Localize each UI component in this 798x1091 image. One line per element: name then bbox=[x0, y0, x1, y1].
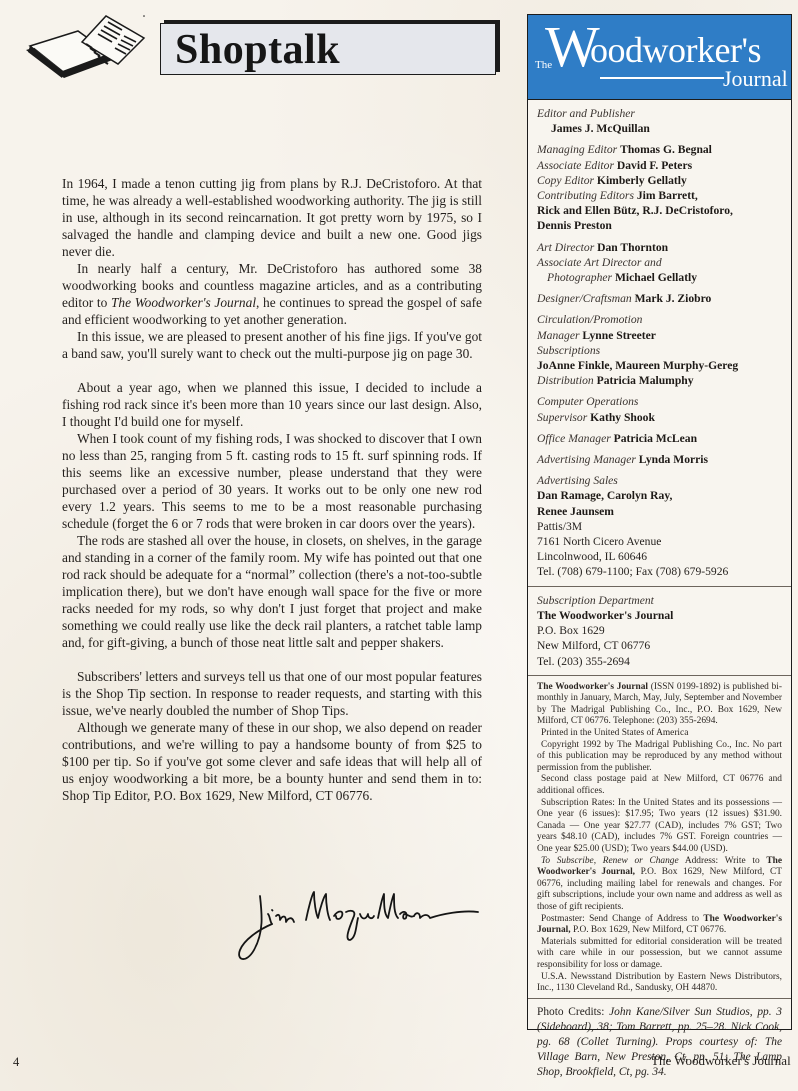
advertising-manager-name: Lynda Morris bbox=[639, 453, 708, 466]
article-paragraph: Subscribers' letters and surveys tell us… bbox=[62, 668, 482, 719]
editor-label: Editor and Publisher bbox=[537, 106, 782, 121]
logo-journal: Journal bbox=[723, 66, 788, 92]
postmaster-note: Postmaster: Send Change of Address to Th… bbox=[537, 914, 782, 937]
designer-label: Designer/Craftsman bbox=[537, 292, 632, 305]
divider bbox=[528, 675, 791, 676]
advertising-address-line: Pattis/3M bbox=[537, 519, 782, 534]
newsstand-note: U.S.A. Newsstand Distribution by Eastern… bbox=[537, 972, 782, 995]
subscription-rates: Subscription Rates: In the United States… bbox=[537, 798, 782, 856]
paragraph-gap bbox=[62, 651, 482, 668]
publication-name: The Woodworker's Journal bbox=[537, 682, 648, 692]
photo-credits-label: Photo Credits: bbox=[537, 1006, 609, 1018]
copyright-note: Copyright 1992 by The Madrigal Publishin… bbox=[537, 740, 782, 775]
divider bbox=[528, 586, 791, 587]
article-paragraph: In nearly half a century, Mr. DeCristofo… bbox=[62, 260, 482, 328]
office-manager-name: Patricia McLean bbox=[614, 432, 697, 445]
signature-image bbox=[232, 880, 492, 970]
copy-editor-label: Copy Editor bbox=[537, 174, 594, 187]
associate-editor-label: Associate Editor bbox=[537, 159, 614, 172]
subscription-address-line: Tel. (203) 355-2694 bbox=[537, 654, 782, 669]
journal-logo: The W oodworker's Journal bbox=[528, 15, 791, 100]
article-paragraph: Although we generate many of these in ou… bbox=[62, 719, 482, 804]
subscription-address-line: New Milford, CT 06776 bbox=[537, 638, 782, 653]
article-paragraph: When I took count of my fishing rods, I … bbox=[62, 430, 482, 532]
art-director-label: Art Director bbox=[537, 241, 594, 254]
supervisor-name: Kathy Shook bbox=[590, 411, 655, 424]
circulation-label: Circulation/Promotion bbox=[537, 312, 782, 327]
advertising-address-line: Lincolnwood, IL 60646 bbox=[537, 549, 782, 564]
postmaster-end: P.O. Box 1629, New Milford, CT 06776. bbox=[571, 925, 727, 935]
subscriptions-names: JoAnne Finkle, Maureen Murphy-Gereg bbox=[537, 358, 782, 373]
advertising-manager-label: Advertising Manager bbox=[537, 453, 636, 466]
masthead-credits: Editor and Publisher James J. McQuillan … bbox=[528, 100, 791, 1080]
contributing-editors-label: Contributing Editors bbox=[537, 189, 634, 202]
contributing-editors-name-3: Dennis Preston bbox=[537, 218, 782, 233]
subscription-department-name: The Woodworker's Journal bbox=[537, 608, 782, 623]
publication-statement: The Woodworker's Journal (ISSN 0199-1892… bbox=[537, 682, 782, 728]
photographer-label: Photographer bbox=[547, 271, 612, 284]
open-book-icon bbox=[22, 12, 150, 82]
circulation-manager-name: Lynne Streeter bbox=[582, 329, 656, 342]
supervisor-label: Supervisor bbox=[537, 411, 587, 424]
advertising-address-line: 7161 North Cicero Avenue bbox=[537, 534, 782, 549]
subscriptions-label: Subscriptions bbox=[537, 343, 782, 358]
masthead-box: The W oodworker's Journal Editor and Pub… bbox=[527, 14, 792, 1030]
postmaster-start: Postmaster: Send Change of Address to bbox=[541, 914, 703, 924]
advertising-address-line: Tel. (708) 679-1100; Fax (708) 679-5926 bbox=[537, 564, 782, 579]
advertising-sales-label: Advertising Sales bbox=[537, 473, 782, 488]
article-paragraph: In this issue, we are pleased to present… bbox=[62, 328, 482, 362]
article-paragraph: The rods are stashed all over the house,… bbox=[62, 532, 482, 651]
computer-operations-label: Computer Operations bbox=[537, 394, 782, 409]
subscribe-mid: Address: Write to bbox=[679, 856, 767, 866]
advertising-sales-names-2: Renee Jaunsem bbox=[537, 504, 782, 519]
materials-note: Materials submitted for editorial consid… bbox=[537, 937, 782, 972]
designer-name: Mark J. Ziobro bbox=[635, 292, 712, 305]
editor-name: James J. McQuillan bbox=[537, 121, 782, 136]
subscription-department-label: Subscription Department bbox=[537, 593, 782, 608]
article-paragraph: In 1964, I made a tenon cutting jig from… bbox=[62, 175, 482, 260]
photo-credits: Photo Credits: John Kane/Silver Sun Stud… bbox=[537, 1005, 782, 1080]
art-director-name: Dan Thornton bbox=[597, 241, 668, 254]
section-title-box: Shoptalk bbox=[160, 23, 496, 75]
section-title: Shoptalk bbox=[175, 26, 340, 74]
subscription-address-line: P.O. Box 1629 bbox=[537, 623, 782, 638]
contributing-editors-name-2: Rick and Ellen Bütz, R.J. DeCristoforo, bbox=[537, 203, 782, 218]
divider bbox=[528, 998, 791, 999]
distribution-name: Patricia Malumphy bbox=[597, 374, 694, 387]
subscribe-instructions: To Subscribe, Renew or Change Address: W… bbox=[537, 856, 782, 914]
publication-title-italic: The Woodworker's Journal bbox=[111, 295, 256, 310]
logo-rule bbox=[600, 77, 724, 79]
page-number: 4 bbox=[13, 1055, 19, 1070]
contributing-editors-name-1: Jim Barrett, bbox=[637, 189, 698, 202]
copy-editor-name: Kimberly Gellatly bbox=[597, 174, 687, 187]
managing-editor-label: Managing Editor bbox=[537, 143, 617, 156]
article-paragraph: About a year ago, when we planned this i… bbox=[62, 379, 482, 430]
photographer-name: Michael Gellatly bbox=[615, 271, 697, 284]
editorial-article: In 1964, I made a tenon cutting jig from… bbox=[62, 175, 482, 804]
printed-note: Printed in the United States of America bbox=[537, 728, 782, 740]
subscribe-italic: To Subscribe, Renew or Change bbox=[541, 856, 679, 866]
distribution-label: Distribution bbox=[537, 374, 594, 387]
fine-print: The Woodworker's Journal (ISSN 0199-1892… bbox=[537, 682, 782, 995]
managing-editor-name: Thomas G. Begnal bbox=[620, 143, 712, 156]
logo-woodworkers: oodworker's bbox=[590, 29, 761, 71]
advertising-sales-names-1: Dan Ramage, Carolyn Ray, bbox=[537, 488, 782, 503]
postage-note: Second class postage paid at New Milford… bbox=[537, 774, 782, 797]
associate-art-director-label: Associate Art Director and bbox=[537, 255, 782, 270]
associate-editor-name: David F. Peters bbox=[617, 159, 692, 172]
circulation-manager-label: Manager bbox=[537, 329, 580, 342]
paragraph-gap bbox=[62, 362, 482, 379]
office-manager-label: Office Manager bbox=[537, 432, 611, 445]
